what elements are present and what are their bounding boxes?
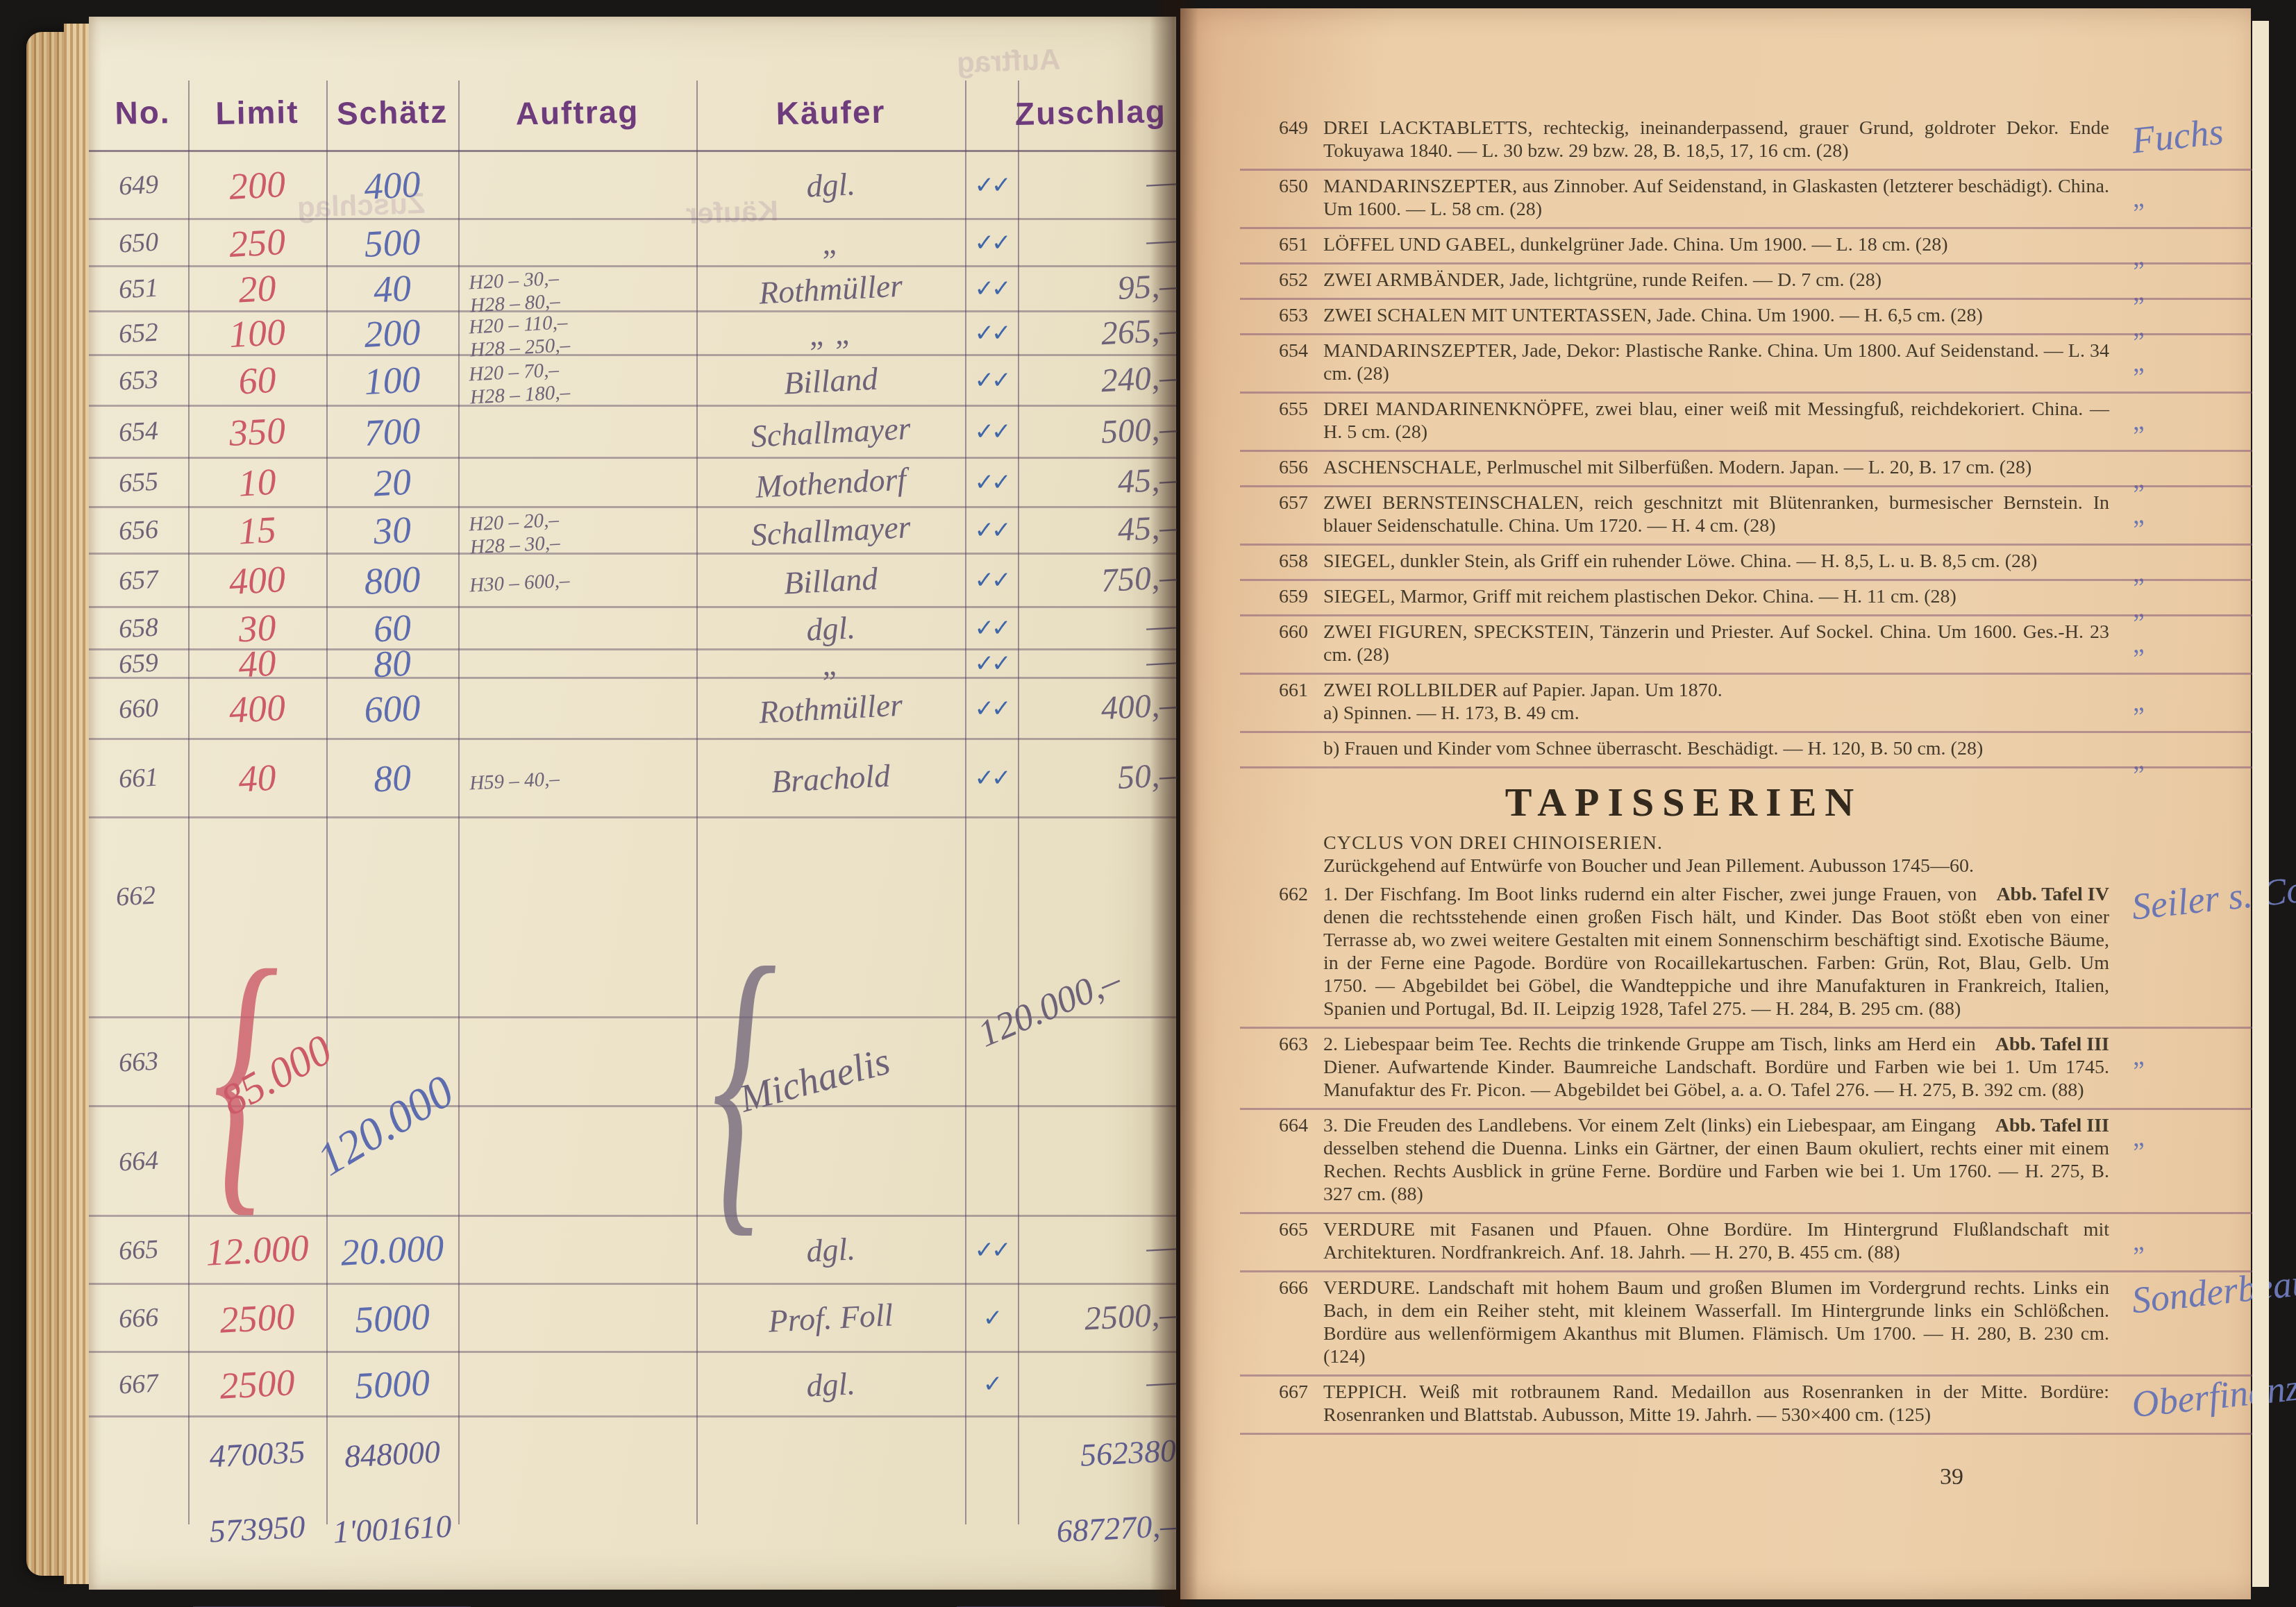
buyer-name: Brachold (694, 733, 966, 823)
check-marks: ✓✓ (965, 555, 1018, 606)
limit-value: 2500 (187, 1281, 328, 1354)
total-limit-sum: 573950 (186, 1487, 328, 1570)
lot-entry-666: 666 VERDURE. Landschaft mit hohem Baum u… (1258, 1271, 2109, 1375)
lot-entry-650: 650 MANDARINSZEPTER, aus Zinnober. Auf S… (1258, 169, 2109, 228)
lot-entry-651: 651 LÖFFEL UND GABEL, dunkelgrüner Jade.… (1258, 228, 2109, 263)
lot-description: Abb. Tafel IV1. Der Fischfang. Im Boot l… (1323, 883, 2109, 1020)
lot-no: 649 (87, 149, 190, 220)
ledger-row-659: 659 40 80 „ ✓✓ — (89, 650, 1176, 679)
estimate-value: 20 (325, 455, 459, 510)
lot-entry-657: 657 ZWEI BERNSTEINSCHALEN, reich geschni… (1258, 486, 2109, 544)
lot-description: Abb. Tafel III3. Die Freuden des Landleb… (1323, 1114, 2109, 1206)
check-marks: ✓✓ (965, 459, 1018, 506)
lot-description: VERDURE mit Fasanen und Pfauen. Ohne Bor… (1323, 1218, 2109, 1264)
ledger-row-654: 654 350 700 Schallmayer ✓✓ 500,– (89, 407, 1176, 459)
margin-ditto-mark: „ (2131, 1211, 2296, 1254)
ledger-row-650: 650 250 500 „ ✓✓ — (89, 220, 1176, 267)
plate-reference: Abb. Tafel III (1995, 1033, 2109, 1056)
lot-no: 652 (88, 310, 190, 356)
lot-no: 658 (88, 605, 190, 650)
margin-ditto-mark: „ (2131, 390, 2296, 433)
estimate-value: 5000 (325, 1349, 460, 1419)
bid-orders: H20 – 70,– H28 – 180,– (457, 350, 708, 412)
lot-description: VERDURE. Landschaft mit hohem Baum und g… (1323, 1277, 2109, 1368)
lot-entry-661b: b) Frauen und Kinder vom Schnee überrasc… (1258, 732, 2109, 767)
lot-number: 664 (1258, 1114, 1308, 1206)
section-title: TAPISSERIEN (1258, 791, 2109, 814)
ledger-row-657: 657 400 800 H30 – 600,– Billand ✓✓ 750,– (89, 555, 1176, 608)
next-page-sliver (2252, 21, 2269, 1587)
check-marks: ✓ (965, 1353, 1018, 1415)
lot-entry-655: 655 DREI MANDARINENKNÖPFE, zwei blau, ei… (1258, 392, 2109, 451)
check-marks: ✓✓ (965, 679, 1018, 738)
check-marks: ✓✓ (965, 1217, 1018, 1283)
totals-row-carry: 470035 848000 562380 (89, 1417, 1176, 1490)
lot-no: 663 (87, 1016, 190, 1107)
estimate-value: 20.000 (325, 1213, 460, 1286)
lot-description: DREI MANDARINENKNÖPFE, zwei blau, einer … (1323, 398, 2109, 444)
lot-entry-662: 662 Abb. Tafel IV1. Der Fischfang. Im Bo… (1258, 877, 2109, 1027)
check-marks: ✓✓ (965, 267, 1018, 310)
margin-ditto-mark: „ (2131, 226, 2296, 269)
totals-row-sum: 573950 1'001610 687270,– (89, 1490, 1176, 1567)
estimate-value: 80 (326, 647, 459, 680)
block-buyer-name: Michaelis (737, 1054, 892, 1106)
lot-entry-654: 654 MANDARINSZEPTER, Jade, Dekor: Plasti… (1258, 334, 2109, 392)
lot-entry-661: 661 ZWEI ROLLBILDER auf Papier. Japan. U… (1258, 673, 2109, 732)
auction-ledger-scan: Zuschlag Käufer Auftrag No. Limit Schätz… (0, 0, 2296, 1607)
estimate-value: 40 (326, 264, 460, 314)
lot-description: SIEGEL, Marmor, Griff mit reichem plasti… (1323, 585, 2109, 608)
lot-no: 654 (87, 404, 190, 459)
buyer-name: Rothmüller (695, 672, 966, 745)
book-page-edges-inner (64, 24, 92, 1584)
limit-value: 200 (187, 149, 328, 221)
lot-no: 655 (87, 456, 189, 508)
lot-entry-664: 664 Abb. Tafel III3. Die Freuden des Lan… (1258, 1109, 2109, 1213)
book-gutter-shadow (1150, 0, 1198, 1607)
limit-value: 20 (187, 264, 328, 314)
margin-buyer-note: Sonderbeauf. (2131, 1269, 2296, 1312)
lot-no: 657 (87, 552, 190, 608)
check-marks: ✓✓ (965, 220, 1018, 265)
plate-reference: Abb. Tafel IV (1996, 883, 2109, 906)
lot-entry-659: 659 SIEGEL, Marmor, Griff mit reichem pl… (1258, 580, 2109, 615)
ledger-row-661: 661 40 80 H59 – 40,– Brachold ✓✓ 50,– (89, 740, 1176, 818)
estimate-value: 200 (326, 309, 460, 357)
ledger-row-667: 667 2500 5000 dgl. ✓ — (89, 1353, 1176, 1417)
ledger-row-655: 655 10 20 Mothendorf ✓✓ 45,– (89, 459, 1176, 508)
lot-description: LÖFFEL UND GABEL, dunkelgrüner Jade. Chi… (1323, 233, 2109, 256)
margin-ditto-mark: „ (2131, 542, 2296, 585)
lot-number: 663 (1258, 1033, 1308, 1102)
header-schatz: Schätz (326, 83, 458, 141)
ledger-row-656: 656 15 30 H20 – 20,– H28 – 30,– Schallma… (89, 508, 1176, 555)
lot-number: 649 (1258, 117, 1308, 162)
estimate-value: 30 (325, 505, 459, 556)
lot-number: 659 (1258, 585, 1308, 608)
estimate-value: 5000 (325, 1281, 460, 1354)
lot-no: 665 (87, 1214, 190, 1285)
lot-number: 660 (1258, 621, 1308, 666)
margin-ditto-mark: „ (2131, 613, 2296, 656)
plate-reference: Abb. Tafel III (1995, 1114, 2109, 1137)
estimate-value: 700 (325, 403, 460, 460)
lot-number: 653 (1258, 304, 1308, 327)
header-no: No. (95, 84, 190, 141)
lot-description: b) Frauen und Kinder vom Schnee überrasc… (1323, 737, 2109, 760)
margin-ditto-mark: „ (2131, 1025, 2296, 1068)
cycle-subtitle: Zurückgehend auf Entwürfe von Boucher un… (1323, 855, 2109, 877)
lot-number: 654 (1258, 339, 1308, 385)
lot-number: 652 (1258, 269, 1308, 292)
lot-no: 666 (87, 1282, 190, 1353)
check-marks: ✓✓ (965, 608, 1018, 648)
limit-value: 40 (187, 647, 327, 680)
check-marks: ✓✓ (965, 740, 1018, 816)
margin-ditto-mark: „ (2131, 167, 2296, 210)
lot-description: DREI LACKTABLETTS, rechteckig, ineinande… (1323, 117, 2109, 162)
check-marks: ✓✓ (965, 508, 1018, 553)
lot-no: 656 (87, 505, 189, 555)
check-marks: ✓✓ (965, 356, 1018, 405)
block-hammer-price: 120.000,– (973, 981, 1125, 1032)
bid-orders: H59 – 40,– (456, 734, 709, 823)
margin-buyer-note: Seiler s. Co. (2131, 875, 2296, 918)
estimate-value: 500 (325, 217, 459, 269)
lot-entry-658: 658 SIEGEL, dunkler Stein, als Griff ein… (1258, 544, 2109, 580)
bid-orders: H30 – 600,– (457, 548, 708, 613)
lot-description: ZWEI ARMBÄNDER, Jade, lichtgrüne, runde … (1323, 269, 2109, 292)
header-limit: Limit (187, 83, 326, 141)
margin-ditto-mark: „ (2131, 332, 2296, 375)
estimate-value: 100 (325, 353, 459, 408)
total-estimate-sum: 1'001610 (324, 1487, 460, 1570)
lot-no: 659 (88, 648, 189, 679)
lot-number: 650 (1258, 175, 1308, 221)
limit-value: 15 (187, 505, 327, 556)
margin-ditto-mark: „ (2131, 730, 2296, 773)
limit-value: 2500 (187, 1349, 328, 1419)
lot-description: TEPPICH. Weiß mit rotbraunem Rand. Medai… (1323, 1381, 2109, 1427)
lot-no: 650 (87, 217, 189, 267)
lot-description: MANDARINSZEPTER, aus Zinnober. Auf Seide… (1323, 175, 2109, 221)
lot-number: 657 (1258, 491, 1308, 537)
lot-number: 666 (1258, 1277, 1308, 1368)
lot-no: 653 (87, 353, 189, 407)
header-kaufer: Käufer (696, 83, 965, 143)
ledger-row-652: 652 100 200 H20 – 110,– H28 – 250,– „ „ … (89, 312, 1176, 356)
lot-entry-667: 667 TEPPICH. Weiß mit rotbraunem Rand. M… (1258, 1375, 2109, 1433)
limit-value: 400 (187, 675, 328, 741)
check-marks: ✓✓ (965, 312, 1018, 354)
estimate-value: 400 (325, 149, 460, 221)
ledger-row-653: 653 60 100 H20 – 70,– H28 – 180,– Billan… (89, 356, 1176, 407)
check-marks: ✓✓ (965, 407, 1018, 457)
margin-ditto-mark: „ (2131, 1107, 2296, 1150)
page-number: 39 (1258, 1465, 2109, 1488)
lot-number: 656 (1258, 456, 1308, 479)
lot-number: 651 (1258, 233, 1308, 256)
ledger-row-651: 651 20 40 H20 – 30,– H28 – 80,– Rothmüll… (89, 267, 1176, 312)
lot-number: 655 (1258, 398, 1308, 444)
block-estimate-value: 120.000 (310, 1095, 461, 1156)
lot-entry-652: 652 ZWEI ARMBÄNDER, Jade, lichtgrüne, ru… (1258, 263, 2109, 298)
buyer-name: Prof. Foll (695, 1278, 966, 1358)
block-limit-value: 85.000 (216, 1048, 337, 1104)
catalog-content: 649 DREI LACKTABLETTS, rechteckig, inein… (1258, 111, 2109, 1488)
lot-description: Abb. Tafel III2. Liebespaar beim Tee. Re… (1323, 1033, 2109, 1102)
ledger-row-660: 660 400 600 Rothmüller ✓✓ 400,– (89, 679, 1176, 740)
lot-description: ZWEI SCHALEN MIT UNTERTASSEN, Jade. Chin… (1323, 304, 2109, 327)
total-estimate-carry: 848000 (324, 1414, 460, 1494)
lot-no: 660 (87, 676, 190, 740)
catalog-page: 649 DREI LACKTABLETTS, rechteckig, inein… (1180, 8, 2251, 1599)
limit-value: 40 (186, 737, 328, 820)
total-limit-carry: 470035 (186, 1414, 328, 1494)
margin-ditto-mark: „ (2131, 261, 2296, 304)
lot-entry-656: 656 ASCHENSCHALE, Perlmuschel mit Silber… (1258, 451, 2109, 486)
lot-entry-660: 660 ZWEI FIGUREN, SPECKSTEIN, Tänzerin u… (1258, 615, 2109, 673)
lot-description: ZWEI ROLLBILDER auf Papier. Japan. Um 18… (1323, 679, 2109, 725)
lot-no: 664 (86, 1104, 191, 1217)
ledger-rows: 649 200 400 dgl. ✓✓ — 650 250 500 „ ✓✓ —… (89, 152, 1176, 1567)
bleedthrough-text: Auftrag (956, 42, 1061, 79)
lot-number: 667 (1258, 1381, 1308, 1427)
margin-buyer-note: Fuchs (2131, 109, 2296, 152)
limit-value: 400 (187, 551, 328, 609)
ledger-row-649: 649 200 400 dgl. ✓✓ — (89, 152, 1176, 220)
lot-description: MANDARINSZEPTER, Jade, Dekor: Plastische… (1323, 339, 2109, 385)
lot-entry-649: 649 DREI LACKTABLETTS, rechteckig, inein… (1258, 111, 2109, 169)
lot-description: ASCHENSCHALE, Perlmuschel mit Silberfüße… (1323, 456, 2109, 479)
check-marks: ✓✓ (965, 152, 1018, 218)
lot-no: 661 (87, 737, 190, 818)
lot-entry-653: 653 ZWEI SCHALEN MIT UNTERTASSEN, Jade. … (1258, 298, 2109, 334)
margin-ditto-mark: „ (2131, 578, 2296, 621)
header-auftrag: Auftrag (458, 83, 696, 142)
estimate-value: 800 (325, 551, 460, 609)
margin-ditto-mark: „ (2131, 671, 2296, 714)
lot-description: ZWEI BERNSTEINSCHALEN, reich geschnitzt … (1323, 491, 2109, 537)
ledger-row-666: 666 2500 5000 Prof. Foll ✓ 2500,– (89, 1285, 1176, 1353)
limit-value: 10 (187, 455, 327, 510)
cycle-title: CYCLUS VON DREI CHINOISERIEN. (1323, 832, 2109, 855)
check-marks: ✓✓ (965, 650, 1018, 677)
lot-number: 662 (1258, 883, 1308, 1020)
lot-description: SIEGEL, dunkler Stein, als Griff ein ruh… (1323, 550, 2109, 573)
margin-buyer-note: Oberfinanzp. (2131, 1373, 2296, 1416)
ledger-page: Zuschlag Käufer Auftrag No. Limit Schätz… (89, 17, 1176, 1590)
limit-value: 250 (187, 217, 327, 269)
estimate-value: 600 (325, 675, 460, 741)
margin-ditto-mark: „ (2131, 448, 2296, 491)
lot-number: 661 (1258, 679, 1308, 725)
lot-number: 658 (1258, 550, 1308, 573)
buyer-name: dgl. (695, 1346, 966, 1422)
limit-value: 100 (187, 309, 328, 357)
lot-entry-663: 663 Abb. Tafel III2. Liebespaar beim Tee… (1258, 1027, 2109, 1109)
buyer-name: dgl. (695, 145, 966, 225)
lot-no: 667 (87, 1350, 190, 1417)
lot-description: ZWEI FIGUREN, SPECKSTEIN, Tänzerin und P… (1323, 621, 2109, 666)
book-page-edges (26, 32, 67, 1576)
estimate-value: 80 (324, 737, 460, 820)
lot-number (1258, 737, 1308, 760)
lot-entry-665: 665 VERDURE mit Fasanen und Pfauen. Ohne… (1258, 1213, 2109, 1271)
limit-value: 350 (187, 403, 327, 460)
check-marks: ✓ (965, 1285, 1018, 1351)
limit-value: 60 (187, 353, 327, 408)
lot-no: 651 (87, 264, 189, 312)
lot-number: 665 (1258, 1218, 1308, 1264)
margin-ditto-mark: „ (2131, 484, 2296, 527)
margin-ditto-mark: „ (2131, 296, 2296, 339)
